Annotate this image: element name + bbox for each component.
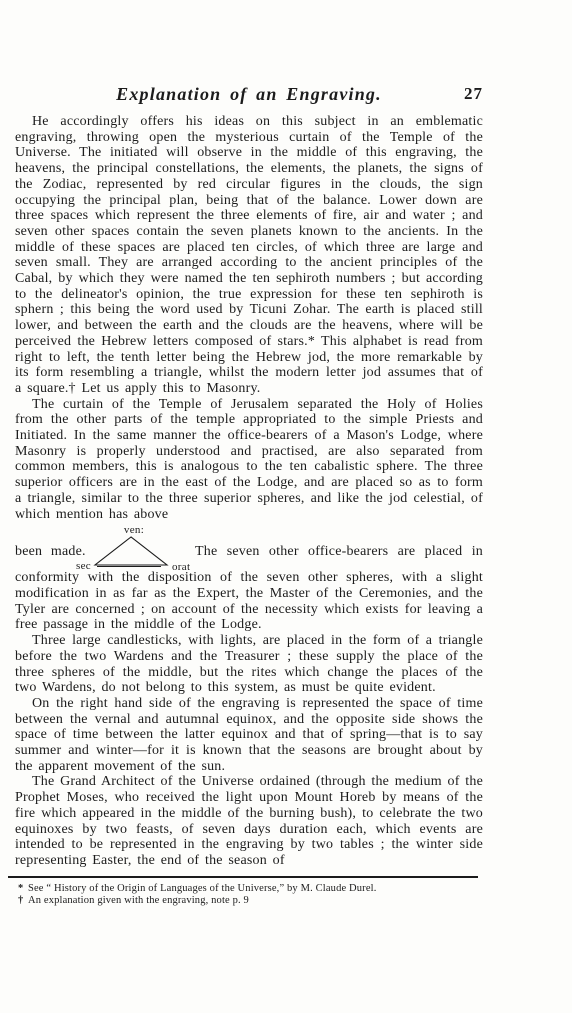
footnote-1: *See “ History of the Origin of Language… — [8, 883, 483, 895]
footnote-area: *See “ History of the Origin of Language… — [8, 876, 483, 907]
page-number: 27 — [464, 84, 483, 104]
footnote-1-text: See “ History of the Origin of Languages… — [28, 883, 376, 894]
footnote-2: †An explanation given with the engraving… — [8, 895, 483, 907]
paragraph-3: Three large candlesticks, with lights, a… — [15, 633, 483, 696]
paragraph-4: On the right hand side of the engraving … — [15, 696, 483, 775]
page-body: He accordingly offers his ideas on this … — [15, 114, 483, 869]
book-page: Explanation of an Engraving. 27 He accor… — [0, 0, 572, 1013]
paragraph-5: The Grand Architect of the Universe orda… — [15, 774, 483, 868]
inline-figure-row: been made. ven: sec orat The seven other… — [15, 522, 483, 570]
footnote-1-marker: * — [18, 883, 28, 895]
page-title: Explanation of an Engraving. — [15, 84, 483, 105]
triangle-left-label: sec — [76, 560, 91, 571]
page-header: Explanation of an Engraving. 27 — [15, 84, 483, 106]
triangle-top-label: ven: — [124, 524, 144, 536]
paragraph-2a: The curtain of the Temple of Jerusalem s… — [15, 397, 483, 523]
triangle-shape — [95, 537, 167, 565]
footnote-2-text: An explanation given with the engraving,… — [28, 895, 249, 906]
paragraph-2b: conformity with the disposition of the s… — [15, 570, 483, 633]
figure-right-text: The seven other office-bearers are place… — [195, 544, 483, 560]
footnote-2-marker: † — [18, 895, 28, 907]
paragraph-1: He accordingly offers his ideas on this … — [15, 114, 483, 397]
triangle-diagram: ven: sec orat — [73, 523, 203, 571]
footnote-rule — [8, 876, 478, 878]
triangle-right-label: orat — [172, 561, 190, 571]
